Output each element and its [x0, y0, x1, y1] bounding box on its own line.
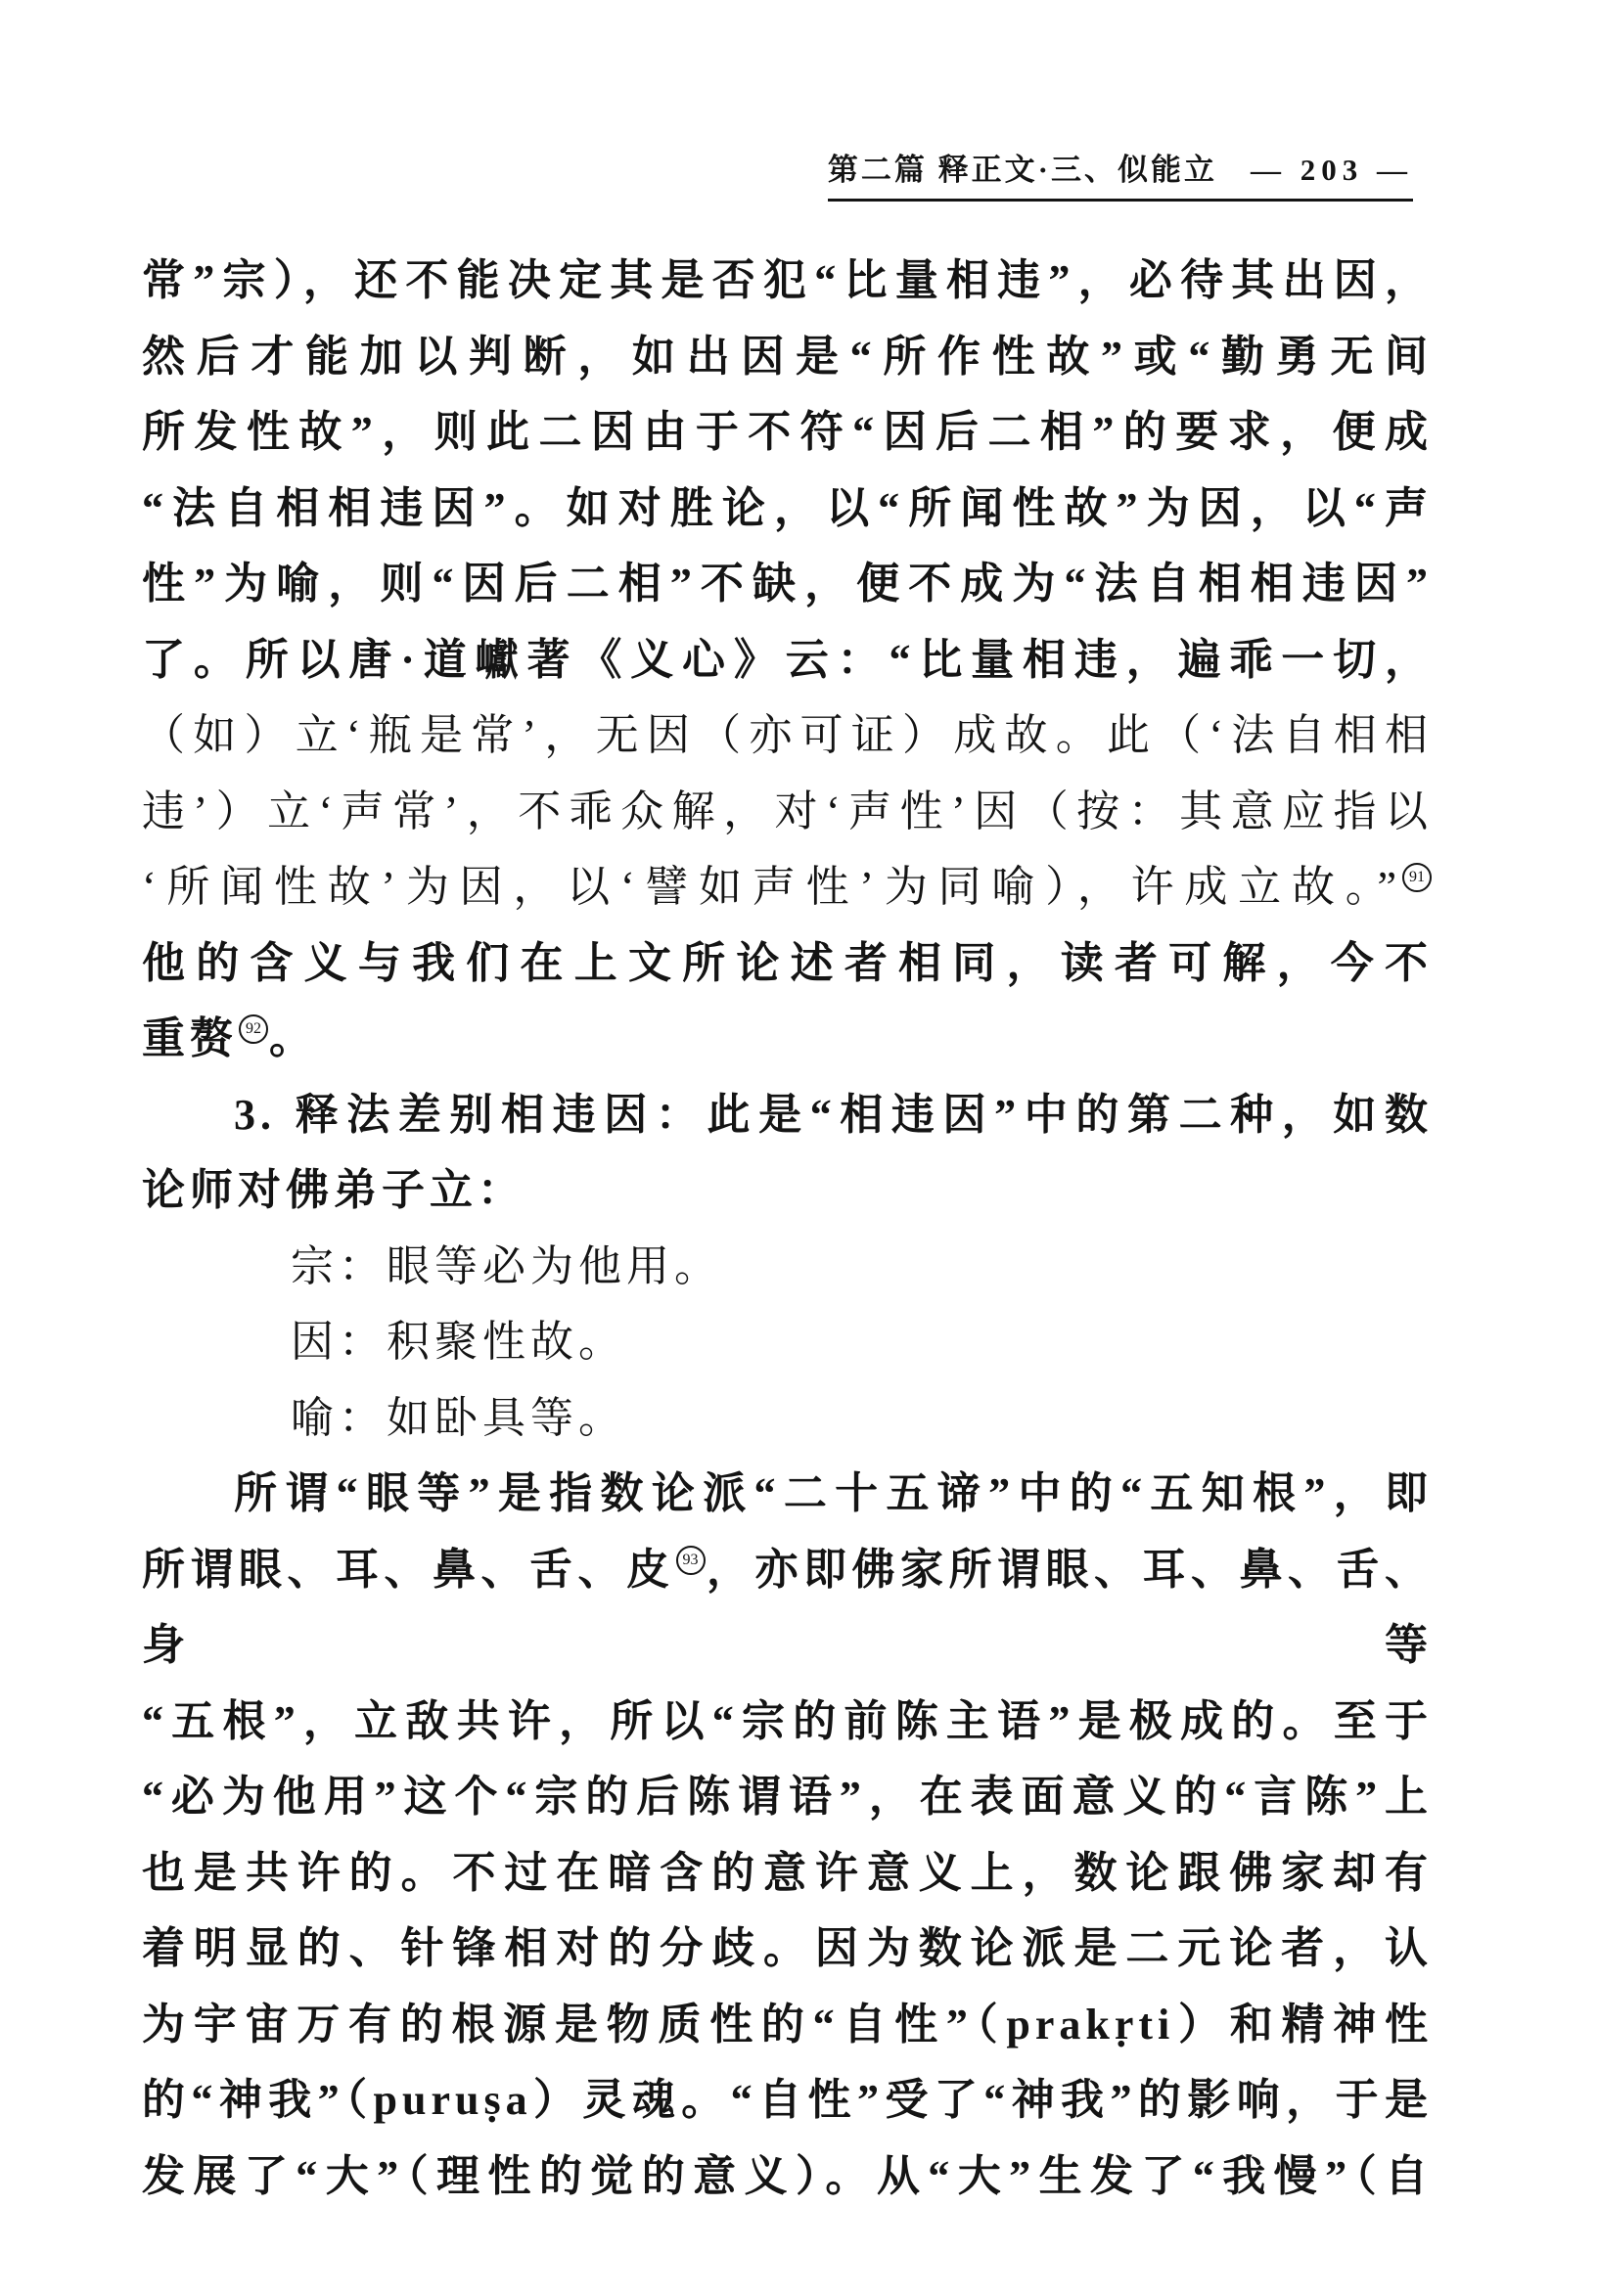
page-header: 第二篇 释正文·三、似能立— 203 —: [0, 0, 1597, 202]
text-line: 3. 释法差别相违因：此是“相违因”中的第二种，如数: [142, 1077, 1433, 1153]
text-line: 他的含义与我们在上文所论述者相同，读者可解，今不: [142, 925, 1433, 1002]
text-line: ‘所闻性故’为因，以‘譬如声性’为同喻），许成立故。”91: [142, 849, 1433, 925]
text-run: 了。所以唐·道巘著《义心》云：“比量相违，遍乖一切，: [142, 636, 1433, 684]
text-line: 论师对佛弟子立：: [142, 1152, 1433, 1229]
text-run: 常”宗），还不能决定其是否犯“比量相违”，必待其出因，: [142, 256, 1433, 304]
text-run: “必为他用”这个“宗的后陈谓语”，在表面意义的“言陈”上: [142, 1773, 1433, 1821]
text-run: “五根”，立敌共许，所以“宗的前陈主语”是极成的。至于: [142, 1697, 1433, 1745]
text-run: 。: [269, 1014, 317, 1062]
text-run: 的“神我”（puruṣa）灵魂。“自性”受了“神我”的影响，于是: [142, 2076, 1433, 2124]
text-run: ‘所闻性故’为因，以‘譬如声性’为同喻），许成立故。”: [142, 863, 1401, 911]
text-run: 所谓“眼等”是指数论派“二十五谛”中的“五知根”，即: [234, 1469, 1433, 1517]
text-line: 性”为喻，则“因后二相”不缺，便不成为“法自相相违因”: [142, 546, 1433, 622]
text-line: 也是共许的。不过在暗含的意许意义上，数论跟佛家却有: [142, 1835, 1433, 1912]
text-line: 了。所以唐·道巘著《义心》云：“比量相违，遍乖一切，: [142, 622, 1433, 698]
text-run: 他的含义与我们在上文所论述者相同，读者可解，今不: [142, 939, 1433, 987]
text-run: 违’）立‘声常’，不乖众解，对‘声性’因（按：其意应指以: [142, 788, 1433, 835]
running-head: 第二篇 释正文·三、似能立— 203 —: [828, 145, 1413, 202]
text-line: 为宇宙万有的根源是物质性的“自性”（prakṛti）和精神性: [142, 1987, 1433, 2063]
body-text: 常”宗），还不能决定其是否犯“比量相违”，必待其出因，然后才能加以判断，如出因是…: [142, 243, 1433, 2214]
footnote-marker: 91: [1402, 863, 1432, 892]
text-run: 所谓眼、耳、鼻、舌、皮: [142, 1546, 675, 1594]
text-line: “必为他用”这个“宗的后陈谓语”，在表面意义的“言陈”上: [142, 1759, 1433, 1835]
text-line: 发展了“大”（理性的觉的意义）。从“大”生发了“我慢”（自: [142, 2138, 1433, 2215]
text-run: 着明显的、针锋相对的分歧。因为数论派是二元论者，认: [142, 1924, 1433, 1972]
text-run: 因：积聚性故。: [291, 1318, 626, 1366]
text-line: 所谓“眼等”是指数论派“二十五谛”中的“五知根”，即: [142, 1456, 1433, 1532]
text-run: 发展了“大”（理性的觉的意义）。从“大”生发了“我慢”（自: [142, 2152, 1433, 2200]
text-line: 重赘92。: [142, 1001, 1433, 1077]
text-line: 喻：如卧具等。: [142, 1380, 1433, 1457]
text-line: 着明显的、针锋相对的分歧。因为数论派是二元论者，认: [142, 1911, 1433, 1987]
text-line: （如）立‘瓶是常’，无因（亦可证）成故。此（‘法自相相: [142, 698, 1433, 774]
text-run: “法自相相违因”。如对胜论，以“所闻性故”为因，以“声: [142, 484, 1433, 532]
text-line: 的“神我”（puruṣa）灵魂。“自性”受了“神我”的影响，于是: [142, 2062, 1433, 2138]
running-title: 第二篇 释正文·三、似能立: [828, 153, 1217, 187]
text-line: 因：积聚性故。: [142, 1304, 1433, 1380]
text-run: 论师对佛弟子立：: [142, 1166, 525, 1214]
text-line: “五根”，立敌共许，所以“宗的前陈主语”是极成的。至于: [142, 1684, 1433, 1760]
text-run: 为宇宙万有的根源是物质性的“自性”（prakṛti）和精神性: [142, 2001, 1433, 2048]
page-number: — 203 —: [1251, 153, 1413, 187]
footnote-marker: 92: [239, 1014, 268, 1044]
text-run: 性”为喻，则“因后二相”不缺，便不成为“法自相相违因”: [142, 560, 1433, 608]
text-run: 宗：眼等必为他用。: [291, 1242, 722, 1290]
text-line: 所发性故”，则此二因由于不符“因后二相”的要求，便成: [142, 394, 1433, 471]
text-run: 重赘: [142, 1014, 238, 1062]
text-line: 宗：眼等必为他用。: [142, 1229, 1433, 1305]
text-run: 然后才能加以判断，如出因是“所作性故”或“勤勇无间: [142, 333, 1433, 381]
text-line: 所谓眼、耳、鼻、舌、皮93，亦即佛家所谓眼、耳、鼻、舌、身等: [142, 1532, 1433, 1684]
text-run: 也是共许的。不过在暗含的意许意义上，数论跟佛家却有: [142, 1849, 1433, 1897]
footnote-marker: 93: [676, 1546, 706, 1575]
text-run: （如）立‘瓶是常’，无因（亦可证）成故。此（‘法自相相: [142, 711, 1433, 759]
text-line: 然后才能加以判断，如出因是“所作性故”或“勤勇无间: [142, 319, 1433, 395]
book-page: 第二篇 释正文·三、似能立— 203 — 常”宗），还不能决定其是否犯“比量相违…: [0, 0, 1597, 2296]
text-line: “法自相相违因”。如对胜论，以“所闻性故”为因，以“声: [142, 471, 1433, 547]
text-line: 常”宗），还不能决定其是否犯“比量相违”，必待其出因，: [142, 243, 1433, 319]
text-line: 违’）立‘声常’，不乖众解，对‘声性’因（按：其意应指以: [142, 774, 1433, 850]
text-run: 所发性故”，则此二因由于不符“因后二相”的要求，便成: [142, 408, 1433, 456]
text-run: 喻：如卧具等。: [291, 1394, 626, 1442]
text-run: 3. 释法差别相违因：此是“相违因”中的第二种，如数: [234, 1091, 1433, 1139]
